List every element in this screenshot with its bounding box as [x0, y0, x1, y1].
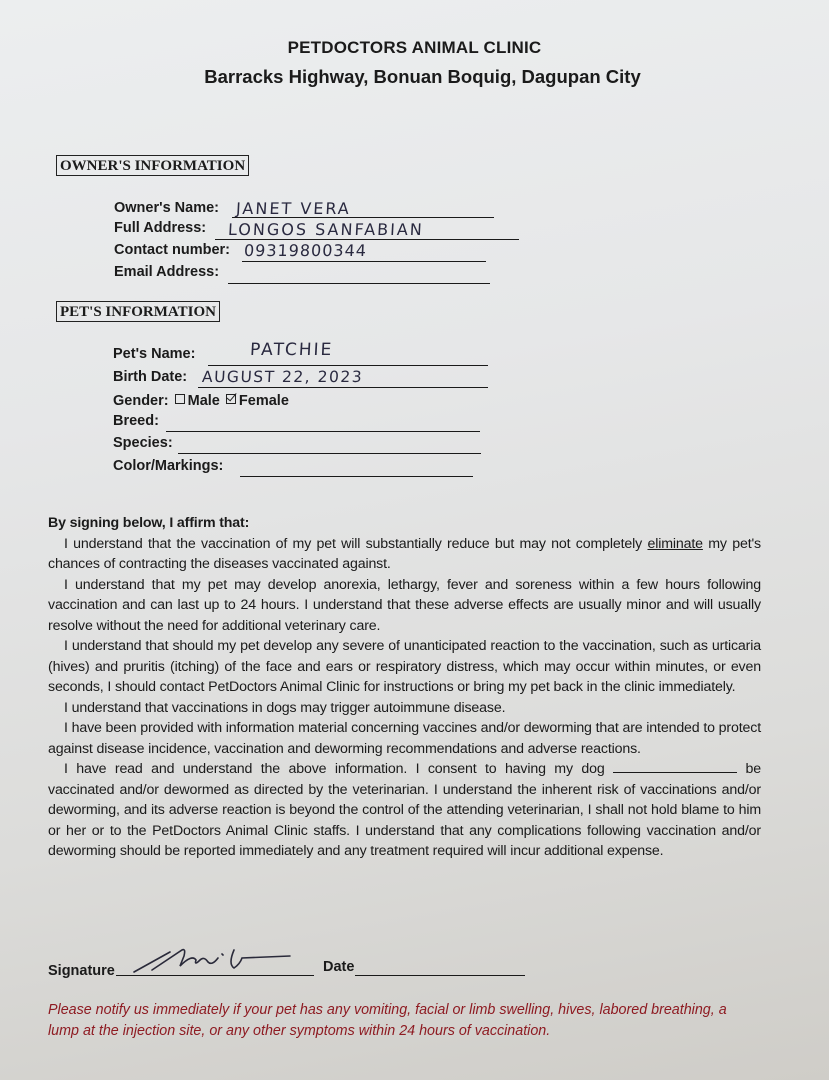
clinic-address: Barracks Highway, Bonuan Boquig, Dagupan…	[8, 66, 829, 88]
owner-contact-label: Contact number:	[114, 242, 230, 259]
color-markings-label: Color/Markings:	[113, 458, 223, 475]
owner-address-line	[215, 239, 519, 240]
affirmation-lead: By signing below, I affirm that:	[48, 513, 761, 534]
owner-name-label: Owner's Name:	[114, 200, 219, 217]
affirmation-p5: I have been provided with information ma…	[48, 718, 761, 759]
owner-name-field[interactable]: Owner's Name:	[114, 200, 219, 217]
owner-section-title: OWNER'S INFORMATION	[56, 155, 249, 176]
owner-address-value[interactable]: LONGOS SANFABIAN	[228, 220, 425, 239]
dog-name-blank[interactable]	[613, 760, 737, 773]
birth-date-field[interactable]: Birth Date:	[113, 369, 187, 386]
pet-name-line	[208, 365, 488, 366]
affirmation-p3: I understand that should my pet develop …	[48, 636, 761, 698]
birth-date-value[interactable]: AUGUST 22, 2023	[202, 368, 364, 386]
affirmation-p6: I have read and understand the above inf…	[48, 759, 761, 862]
owner-address-label: Full Address:	[114, 220, 206, 237]
owner-contact-value[interactable]: 09319800344	[244, 241, 368, 260]
affirmation-text: By signing below, I affirm that: I under…	[48, 513, 761, 862]
gender-field: Gender: Male Female	[113, 393, 289, 410]
owner-email-line	[228, 283, 490, 284]
affirmation-p2: I understand that my pet may develop ano…	[48, 575, 761, 637]
birth-date-line	[198, 387, 488, 388]
pet-name-field[interactable]: Pet's Name:	[113, 346, 195, 363]
female-label: Female	[239, 393, 289, 409]
affirmation-p1: I understand that the vaccination of my …	[48, 534, 761, 575]
male-checkbox[interactable]	[175, 394, 185, 404]
birth-date-label: Birth Date:	[113, 369, 187, 386]
gender-label: Gender:	[113, 393, 169, 410]
pet-name-label: Pet's Name:	[113, 346, 195, 363]
owner-contact-field[interactable]: Contact number:	[114, 242, 230, 259]
pet-name-value[interactable]: PATCHIE	[249, 340, 333, 360]
species-field[interactable]: Species:	[113, 435, 173, 452]
affirmation-p4: I understand that vaccinations in dogs m…	[48, 698, 761, 719]
date-line[interactable]	[355, 975, 525, 976]
breed-field[interactable]: Breed:	[113, 413, 159, 430]
owner-email-field[interactable]: Email Address:	[114, 264, 219, 281]
owner-email-label: Email Address:	[114, 264, 219, 281]
male-label: Male	[188, 393, 220, 409]
species-line	[178, 453, 481, 454]
owner-contact-line	[242, 261, 486, 262]
date-label: Date	[323, 959, 354, 975]
owner-address-field[interactable]: Full Address:	[114, 220, 206, 237]
color-markings-line	[240, 476, 473, 477]
color-markings-field[interactable]: Color/Markings:	[113, 458, 223, 475]
female-checkbox[interactable]	[226, 394, 236, 404]
pet-section-title: PET'S INFORMATION	[56, 301, 220, 322]
breed-line	[166, 431, 480, 432]
signature-scribble	[130, 944, 300, 976]
owner-name-value[interactable]: JANET VERA	[236, 199, 352, 218]
notice-text: Please notify us immediately if your pet…	[48, 1000, 748, 1042]
clinic-name: PETDOCTORS ANIMAL CLINIC	[0, 38, 829, 58]
species-label: Species:	[113, 435, 173, 452]
signature-label: Signature	[48, 963, 115, 979]
breed-label: Breed:	[113, 413, 159, 430]
